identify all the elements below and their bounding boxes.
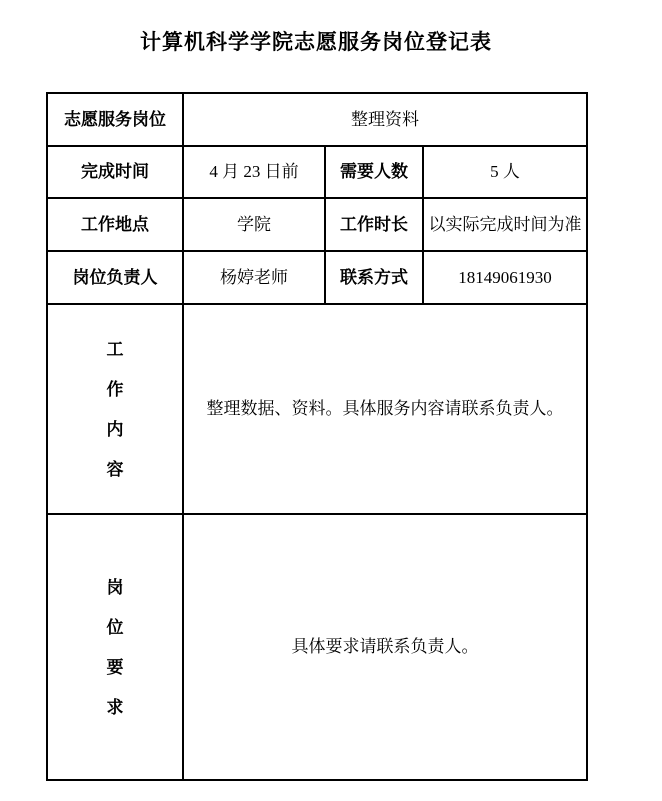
- vertical-label-char: 容: [107, 461, 124, 478]
- table-row: 工作地点 学院 工作时长 以实际完成时间为准: [47, 198, 587, 251]
- requirements-vertical-label: 岗 位 要 求: [52, 579, 178, 716]
- vertical-label-char: 位: [107, 619, 124, 636]
- duration-value-cell: 以实际完成时间为准: [423, 198, 587, 251]
- vertical-label-char: 要: [107, 659, 124, 676]
- vertical-label-char: 内: [107, 421, 124, 438]
- table-row: 志愿服务岗位 整理资料: [47, 93, 587, 146]
- table-row: 工 作 内 容 整理数据、资料。具体服务内容请联系负责人。: [47, 304, 587, 514]
- position-label-cell: 志愿服务岗位: [47, 93, 183, 146]
- contact-value-cell: 18149061930: [423, 251, 587, 304]
- table-row: 岗位负责人 杨婷老师 联系方式 18149061930: [47, 251, 587, 304]
- vertical-label-char: 作: [107, 381, 124, 398]
- contact-label-cell: 联系方式: [325, 251, 423, 304]
- headcount-label-cell: 需要人数: [325, 146, 423, 198]
- requirements-value-cell: 具体要求请联系负责人。: [183, 514, 587, 780]
- deadline-label-cell: 完成时间: [47, 146, 183, 198]
- duration-label-cell: 工作时长: [325, 198, 423, 251]
- vertical-label-char: 岗: [107, 579, 124, 596]
- work-content-value-cell: 整理数据、资料。具体服务内容请联系负责人。: [183, 304, 587, 514]
- page-title: 计算机科学学院志愿服务岗位登记表: [46, 30, 586, 56]
- document-page: 计算机科学学院志愿服务岗位登记表 志愿服务岗位 整理资料 完成时间 4 月 23…: [0, 0, 662, 801]
- location-label-cell: 工作地点: [47, 198, 183, 251]
- location-value-cell: 学院: [183, 198, 325, 251]
- headcount-value-cell: 5 人: [423, 146, 587, 198]
- manager-value-cell: 杨婷老师: [183, 251, 325, 304]
- vertical-label-char: 求: [107, 699, 124, 716]
- requirements-label-cell: 岗 位 要 求: [47, 514, 183, 780]
- vertical-label-char: 工: [107, 341, 124, 358]
- manager-label-cell: 岗位负责人: [47, 251, 183, 304]
- table-row: 完成时间 4 月 23 日前 需要人数 5 人: [47, 146, 587, 198]
- deadline-value-cell: 4 月 23 日前: [183, 146, 325, 198]
- work-content-label-cell: 工 作 内 容: [47, 304, 183, 514]
- position-value-cell: 整理资料: [183, 93, 587, 146]
- registration-table: 志愿服务岗位 整理资料 完成时间 4 月 23 日前 需要人数 5 人 工作地点…: [46, 92, 588, 781]
- table-row: 岗 位 要 求 具体要求请联系负责人。: [47, 514, 587, 780]
- work-content-vertical-label: 工 作 内 容: [52, 341, 178, 478]
